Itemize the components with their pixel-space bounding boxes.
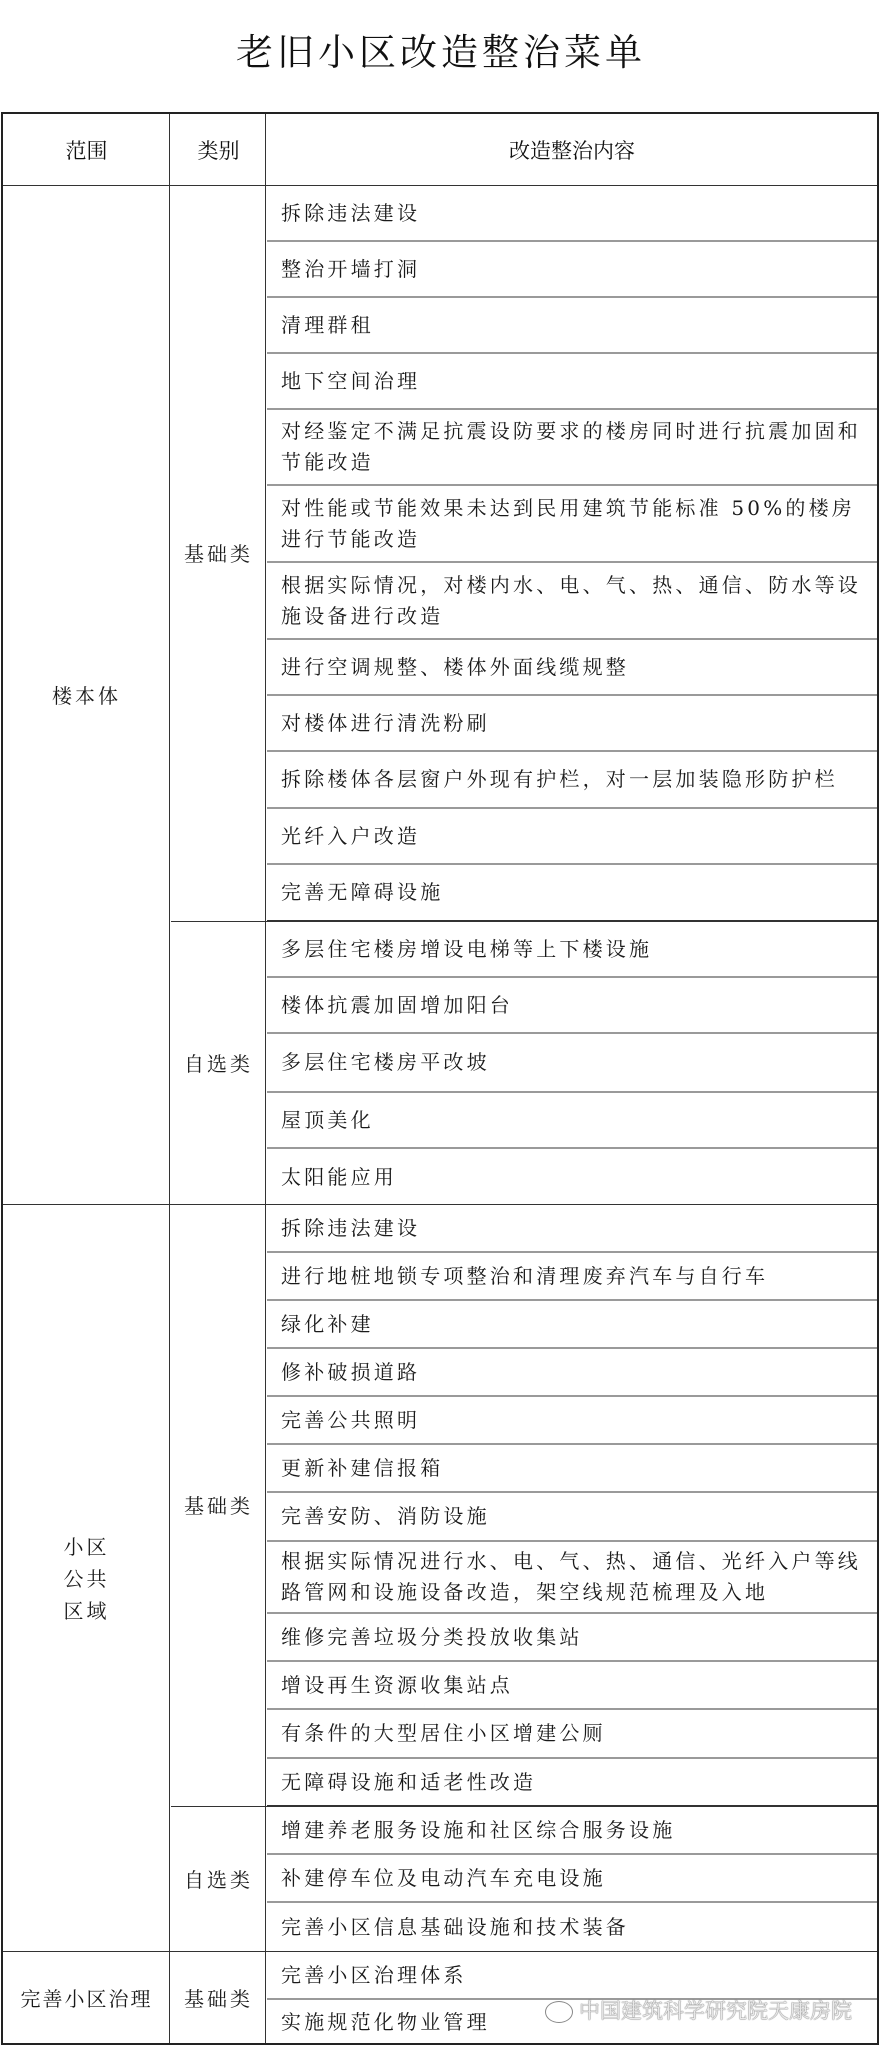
content-row: 无障碍设施和适老性改造 (267, 1759, 877, 1807)
content-row: 进行地桩地锁专项整治和清理废弃汽车与自行车 (267, 1253, 877, 1301)
content-row: 有条件的大型居住小区增建公厕 (267, 1710, 877, 1759)
content-row: 更新补建信报箱 (267, 1445, 877, 1493)
header-category: 类别 (170, 114, 267, 186)
content-row: 太阳能应用 (267, 1149, 877, 1205)
content-row: 地下空间治理 (267, 354, 877, 410)
content-row: 拆除违法建设 (267, 186, 877, 242)
scope-governance: 完善小区治理 (3, 1952, 170, 2045)
content-row: 拆除楼体各层窗户外现有护栏，对一层加装隐形防护栏 (267, 752, 877, 809)
scope-public-area: 小区 公共 区域 (3, 1205, 170, 1952)
content-row: 完善公共照明 (267, 1397, 877, 1445)
category-public-optional: 自选类 (170, 1807, 267, 1952)
content-row: 屋顶美化 (267, 1093, 877, 1149)
content-row: 对楼体进行清洗粉刷 (267, 696, 877, 752)
content-row: 拆除违法建设 (267, 1205, 877, 1253)
content-row: 进行空调规整、楼体外面线缆规整 (267, 640, 877, 696)
category-governance-basic: 基础类 (170, 1952, 267, 2045)
content-row: 绿化补建 (267, 1301, 877, 1349)
header-content: 改造整治内容 (267, 114, 877, 186)
content-row: 多层住宅楼房增设电梯等上下楼设施 (267, 922, 877, 978)
content-row: 完善无障碍设施 (267, 865, 877, 922)
content-row: 清理群租 (267, 298, 877, 354)
scope-building: 楼本体 (3, 186, 170, 1205)
document-title: 老旧小区改造整治菜单 (0, 22, 882, 76)
content-row: 整治开墙打洞 (267, 242, 877, 298)
content-row: 修补破损道路 (267, 1349, 877, 1397)
content-row: 根据实际情况，对楼内水、电、气、热、通信、防水等设施设备进行改造 (267, 563, 877, 640)
category-building-basic: 基础类 (170, 186, 267, 922)
content-row: 对性能或节能效果未达到民用建筑节能标准 50%的楼房进行节能改造 (267, 486, 877, 563)
content-row: 光纤入户改造 (267, 809, 877, 865)
content-row: 楼体抗震加固增加阳台 (267, 978, 877, 1034)
content-row: 维修完善垃圾分类投放收集站 (267, 1614, 877, 1662)
content-row: 对经鉴定不满足抗震设防要求的楼房同时进行抗震加固和节能改造 (267, 410, 877, 486)
content-row: 增建养老服务设施和社区综合服务设施 (267, 1807, 877, 1855)
content-row: 多层住宅楼房平改坡 (267, 1034, 877, 1093)
category-public-basic: 基础类 (170, 1205, 267, 1807)
content-row: 增设再生资源收集站点 (267, 1662, 877, 1710)
content-row: 补建停车位及电动汽车充电设施 (267, 1855, 877, 1903)
content-row: 完善小区信息基础设施和技术装备 (267, 1903, 877, 1952)
content-row: 完善安防、消防设施 (267, 1493, 877, 1542)
header-scope: 范围 (3, 114, 170, 186)
category-building-optional: 自选类 (170, 922, 267, 1205)
content-row: 实施规范化物业管理 (267, 2000, 877, 2045)
content-row: 根据实际情况进行水、电、气、热、通信、光纤入户等线路管网和设施设备改造，架空线规… (267, 1542, 877, 1614)
renovation-menu-table: 范围 类别 改造整治内容 楼本体 基础类 自选类 拆除违法建设 整治开墙打洞 清… (1, 112, 879, 2045)
content-row: 完善小区治理体系 (267, 1952, 877, 2000)
